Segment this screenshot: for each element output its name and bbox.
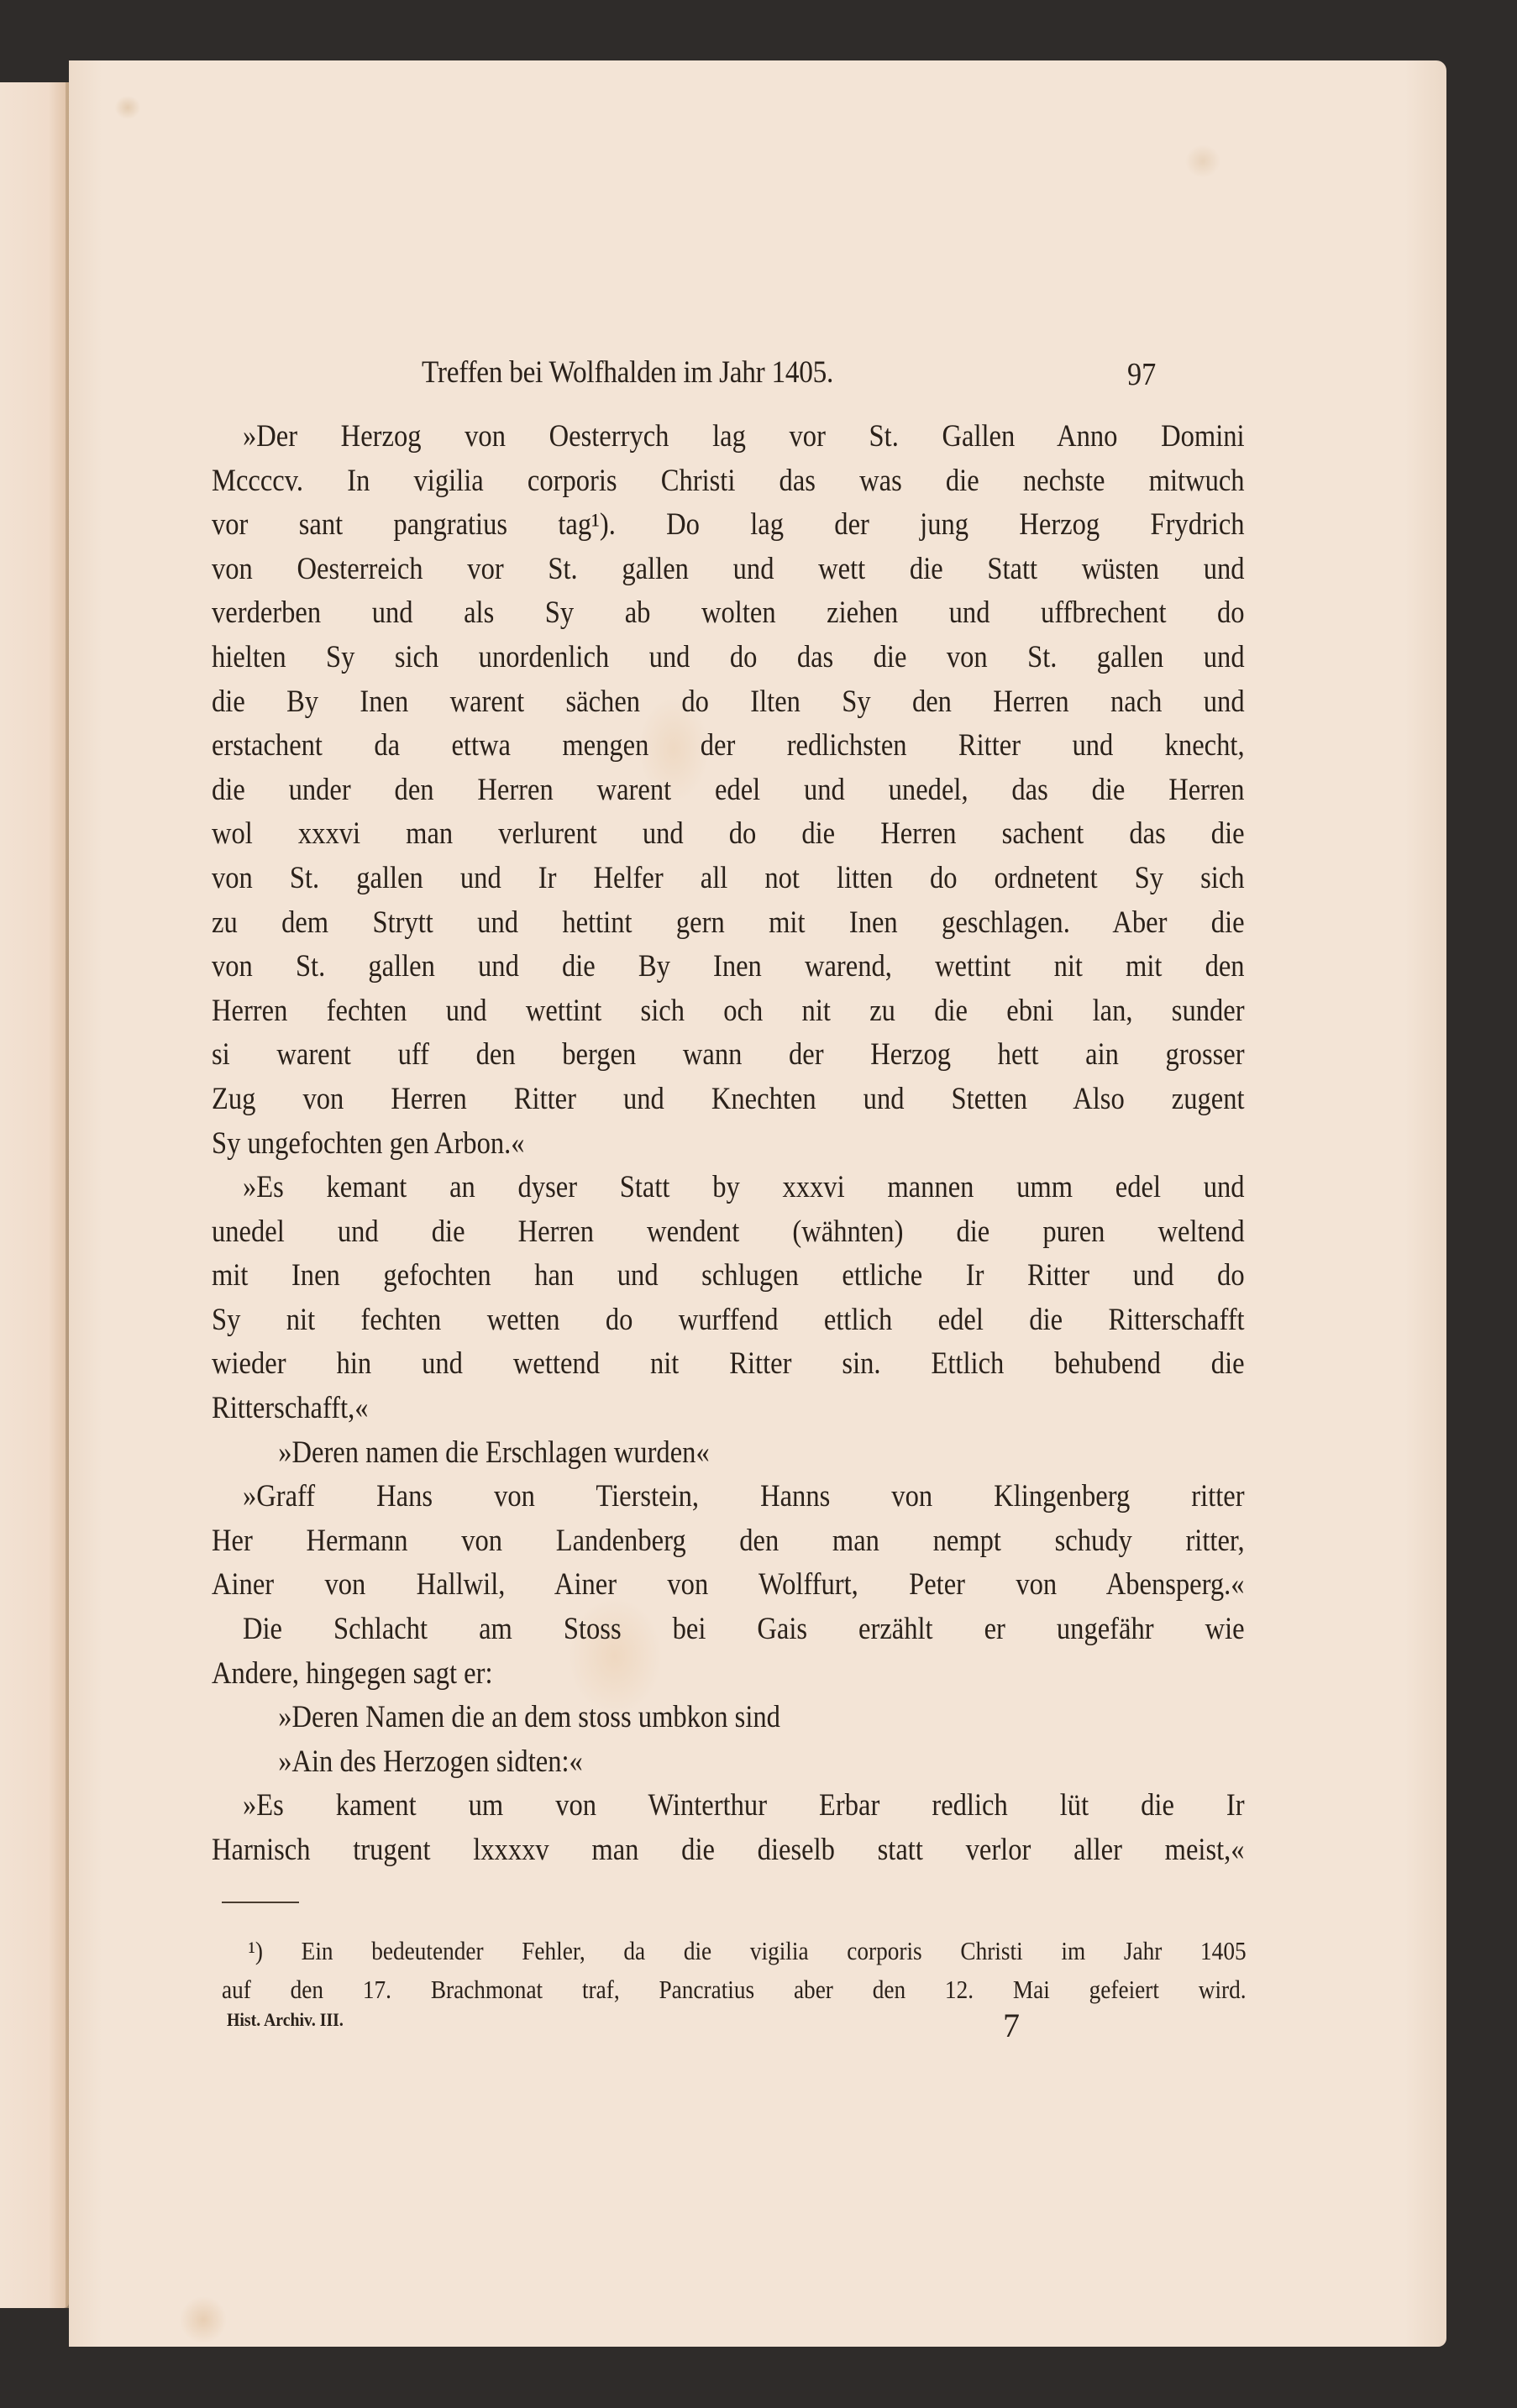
body-text: »Der Herzog von Oesterrych lag vor St. G… (212, 415, 1245, 1873)
text-line: verderben und als Sy ab wolten ziehen un… (212, 591, 1245, 636)
text-line: Herren fechten und wettint sich och nit … (212, 989, 1245, 1034)
text-line: »Deren Namen die an dem stoss umbkon sin… (212, 1696, 1245, 1740)
footnotes: ¹) Ein bedeutender Fehler, da die vigili… (222, 1932, 1247, 2009)
text-line: Sy nit fechten wetten do wurffend ettlic… (212, 1298, 1245, 1343)
footnote-divider (222, 1902, 299, 1903)
text-line: erstachent da ettwa mengen der redlichst… (212, 724, 1245, 769)
running-title: Treffen bei Wolfhalden im Jahr 1405. (422, 354, 833, 391)
text-line: hielten Sy sich unordenlich und do das d… (212, 636, 1245, 680)
page-number: 97 (1127, 356, 1156, 393)
text-line: si warent uff den bergen wann der Herzog… (212, 1033, 1245, 1078)
text-line: Zug von Herren Ritter und Knechten und S… (212, 1078, 1245, 1122)
running-header: Treffen bei Wolfhalden im Jahr 1405. 97 (69, 354, 1446, 396)
text-line: von St. gallen und Ir Helfer all not lit… (212, 857, 1245, 901)
text-line: zu dem Strytt und hettint gern mit Inen … (212, 901, 1245, 946)
text-line: von St. gallen und die By Inen warend, w… (212, 945, 1245, 989)
text-line: »Es kemant an dyser Statt by xxxvi manne… (212, 1166, 1245, 1210)
text-line: »Der Herzog von Oesterrych lag vor St. G… (212, 415, 1245, 459)
text-line: Ainer von Hallwil, Ainer von Wolffurt, P… (212, 1563, 1245, 1608)
text-line: Andere, hingegen sagt er: (212, 1652, 1245, 1697)
previous-page-edge (0, 82, 69, 2308)
text-line: vor sant pangratius tag¹). Do lag der ju… (212, 503, 1245, 548)
text-line: wieder hin und wettend nit Ritter sin. E… (212, 1342, 1245, 1387)
text-line: die By Inen warent sächen do Ilten Sy de… (212, 680, 1245, 725)
text-line: Harnisch trugent lxxxxv man die dieselb … (212, 1828, 1245, 1873)
printer-signature: Hist. Archiv. III. (227, 2009, 344, 2031)
text-line: wol xxxvi man verlurent und do die Herre… (212, 812, 1245, 857)
text-line: Ritterschafft,« (212, 1387, 1245, 1431)
text-line: Sy ungefochten gen Arbon.« (212, 1122, 1245, 1167)
text-line: Her Hermann von Landenberg den man nempt… (212, 1519, 1245, 1564)
text-line: »Deren namen die Erschlagen wurden« (212, 1431, 1245, 1476)
text-line: Die Schlacht am Stoss bei Gais erzählt e… (212, 1608, 1245, 1652)
sheet-signature-number: 7 (1003, 2006, 1020, 2045)
footnote-line: auf den 17. Brachmonat traf, Pancratius … (222, 1970, 1247, 2009)
text-line: »Ain des Herzogen sidten:« (212, 1740, 1245, 1785)
text-line: von Oesterreich vor St. gallen und wett … (212, 548, 1245, 592)
book-page: Treffen bei Wolfhalden im Jahr 1405. 97 … (69, 60, 1446, 2347)
text-line: »Es kament um von Winterthur Erbar redli… (212, 1784, 1245, 1828)
footnote-line: ¹) Ein bedeutender Fehler, da die vigili… (222, 1932, 1247, 1970)
text-line: »Graff Hans von Tierstein, Hanns von Kli… (212, 1475, 1245, 1519)
text-line: Mccccv. In vigilia corporis Christi das … (212, 459, 1245, 504)
text-line: die under den Herren warent edel und une… (212, 769, 1245, 813)
text-line: unedel und die Herren wendent (wähnten) … (212, 1210, 1245, 1255)
text-line: mit Inen gefochten han und schlugen ettl… (212, 1254, 1245, 1298)
